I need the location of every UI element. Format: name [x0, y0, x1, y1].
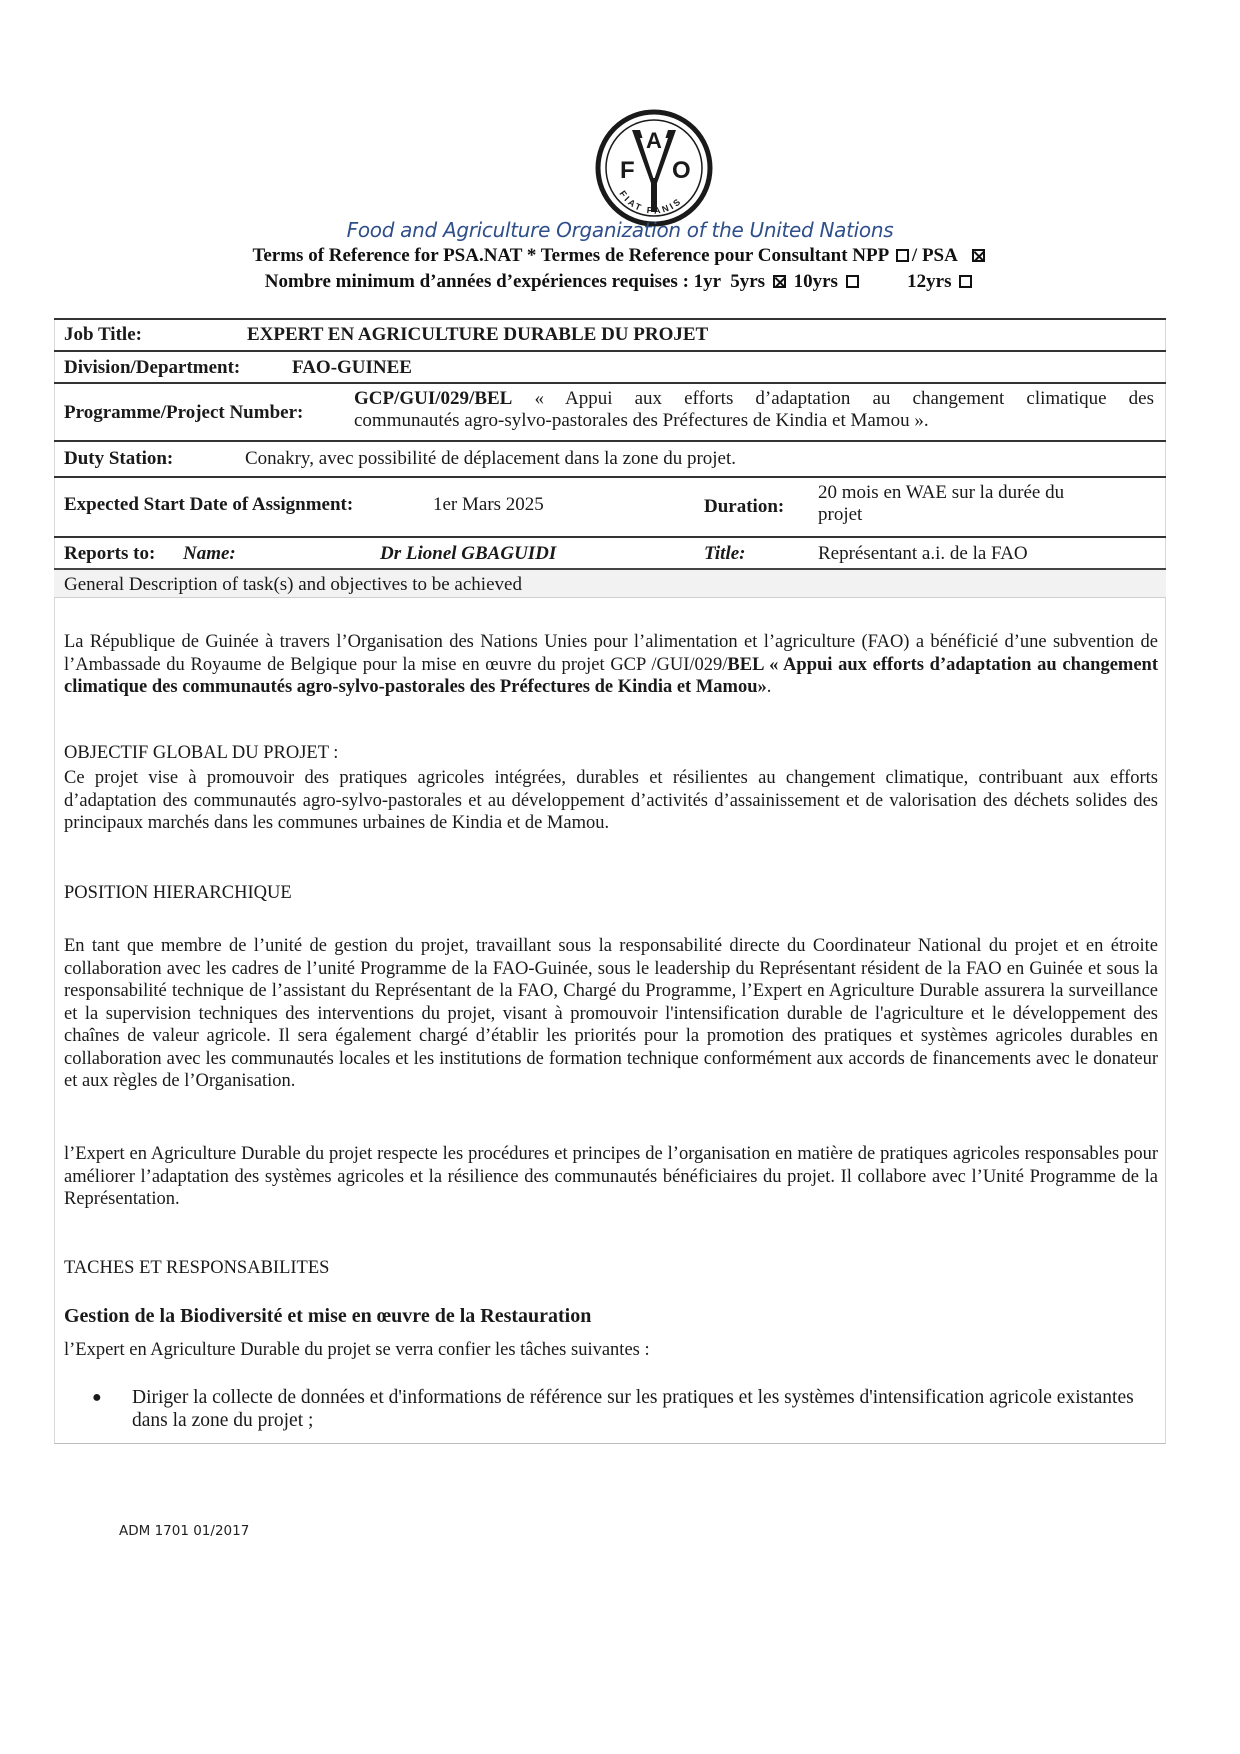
reports-to-title-label: Title: [704, 543, 746, 565]
general-description-row: General Description of task(s) and objec… [54, 568, 1166, 598]
svg-text:A: A [646, 128, 662, 153]
experience-12yrs: 12yrs [907, 271, 951, 292]
project-label: Programme/Project Number: [64, 402, 303, 424]
job-title-value: EXPERT EN AGRICULTURE DURABLE DU PROJET [247, 324, 708, 346]
svg-text:O: O [672, 157, 691, 184]
section-intro: l’Expert en Agriculture Durable du proje… [64, 1340, 650, 1361]
experience-1yr: 1yr [694, 271, 721, 292]
project-row: Programme/Project Number: GCP/GUI/029/BE… [54, 382, 1166, 440]
experience-line: Nombre minimum d’années d’expériences re… [0, 271, 1240, 293]
experience-10yrs: 10yrs [794, 271, 838, 292]
reports-to-name-value: Dr Lionel GBAGUIDI [380, 543, 556, 565]
respect-paragraph: l’Expert en Agriculture Durable du proje… [64, 1143, 1158, 1211]
start-date-row: Expected Start Date of Assignment: 1er M… [54, 476, 1166, 536]
reports-to-name-label: Name: [183, 543, 236, 565]
form-code: ADM 1701 01/2017 [119, 1523, 249, 1539]
tor-text: Terms of Reference for PSA.NAT * Termes … [252, 245, 888, 266]
organization-name: Food and Agriculture Organization of the… [0, 218, 1240, 242]
taches-heading: TACHES ET RESPONSABILITES [64, 1258, 329, 1279]
project-title-part1: « Appui aux efforts d’adaptation au chan… [534, 388, 1154, 409]
project-title-part2: communautés agro-sylvo-pastorales des Pr… [354, 410, 929, 432]
reports-to-title-value: Représentant a.i. de la FAO [818, 543, 1028, 565]
duration-label: Duration: [704, 496, 784, 518]
section-heading: Gestion de la Biodiversité et mise en œu… [64, 1305, 591, 1328]
reports-to-row: Reports to: Name: Dr Lionel GBAGUIDI Tit… [54, 536, 1166, 568]
duty-station-value: Conakry, avec possibilité de déplacement… [245, 448, 736, 470]
npp-checkbox[interactable] [896, 249, 909, 262]
intro-paragraph: La République de Guinée à travers l’Orga… [64, 631, 1158, 699]
position-heading: POSITION HIERARCHIQUE [64, 883, 292, 904]
bullet-icon: ● [92, 1386, 102, 1409]
general-description-label: General Description of task(s) and objec… [64, 574, 522, 596]
terms-of-reference-line: Terms of Reference for PSA.NAT * Termes … [0, 245, 1240, 267]
experience-5yrs: 5yrs [730, 271, 765, 292]
experience-10yrs-checkbox[interactable] [846, 275, 859, 288]
division-value: FAO-GUINEE [292, 357, 412, 379]
start-date-value: 1er Mars 2025 [433, 494, 544, 516]
duty-station-label: Duty Station: [64, 448, 173, 470]
duty-station-row: Duty Station: Conakry, avec possibilité … [54, 440, 1166, 474]
project-line-1: GCP/GUI/029/BEL « Appui aux efforts d’ad… [354, 388, 1154, 410]
duration-value-line2: projet [818, 504, 862, 526]
job-title-row: Job Title: EXPERT EN AGRICULTURE DURABLE… [54, 318, 1166, 350]
division-label: Division/Department: [64, 357, 240, 379]
reports-to-label: Reports to: [64, 543, 155, 565]
position-paragraph: En tant que membre de l’unité de gestion… [64, 935, 1158, 1093]
job-title-label: Job Title: [64, 324, 142, 346]
duration-value-line1: 20 mois en WAE sur la durée du [818, 482, 1064, 504]
task-text: Diriger la collecte de données et d'info… [132, 1386, 1158, 1432]
psa-checkbox[interactable] [972, 249, 985, 262]
objectif-paragraph: Ce projet vise à promouvoir des pratique… [64, 767, 1158, 835]
experience-label: Nombre minimum d’années d’expériences re… [265, 271, 689, 292]
start-date-label: Expected Start Date of Assignment: [64, 494, 353, 516]
svg-text:F: F [620, 157, 635, 184]
division-row: Division/Department: FAO-GUINEE [54, 350, 1166, 382]
tor-separator: / PSA [912, 245, 957, 266]
project-code: GCP/GUI/029/BEL [354, 388, 512, 409]
experience-12yrs-checkbox[interactable] [959, 275, 972, 288]
experience-5yrs-checkbox[interactable] [773, 275, 786, 288]
intro-end: . [767, 677, 772, 697]
objectif-heading: OBJECTIF GLOBAL DU PROJET : [64, 743, 338, 764]
fao-logo: F A O FIAT PANIS [594, 108, 714, 228]
